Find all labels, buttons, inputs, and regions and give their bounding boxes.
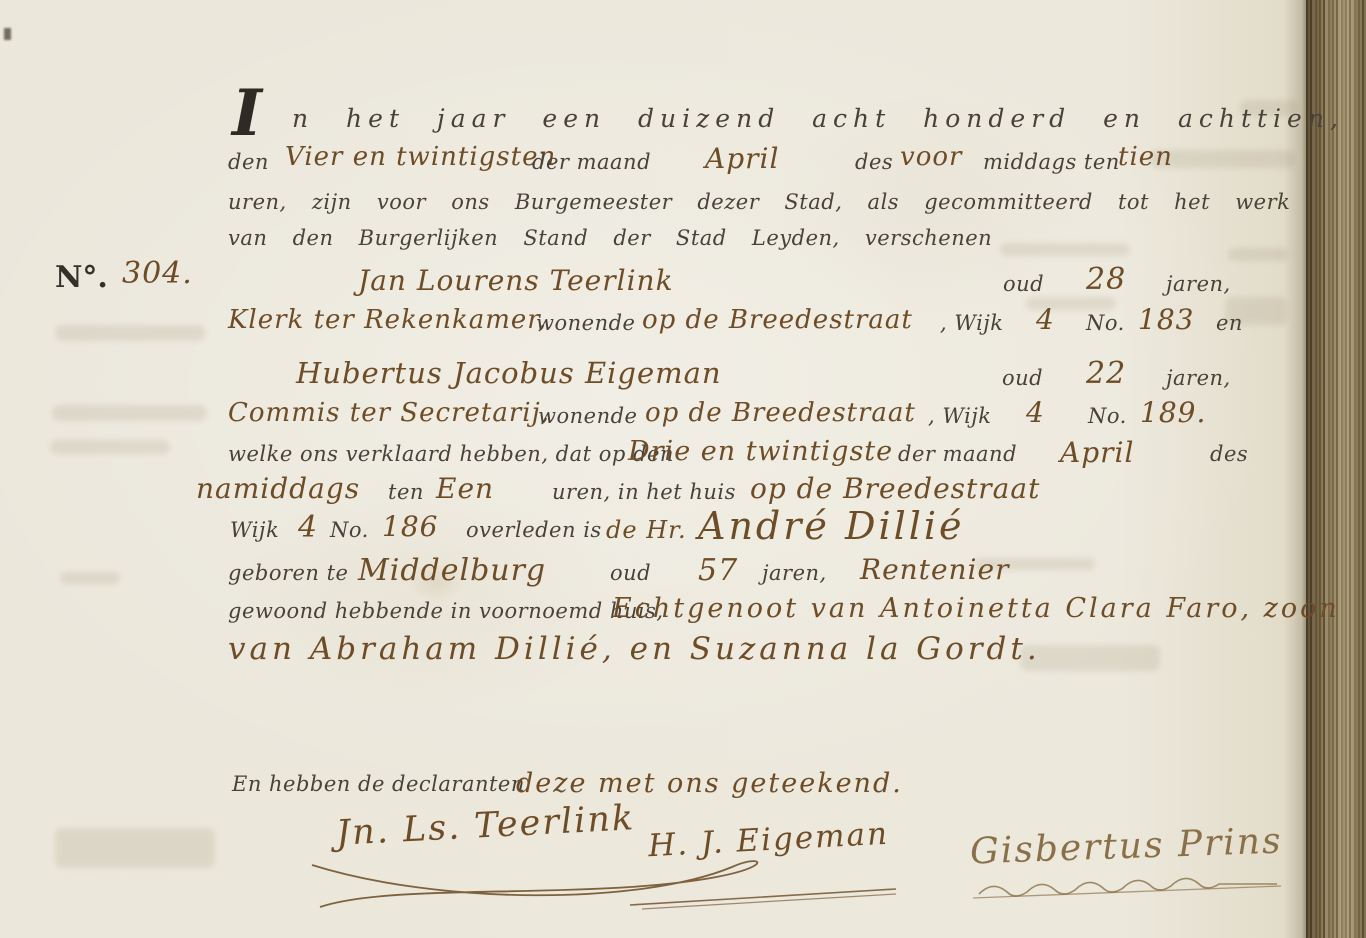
flourish-line [973,886,1281,898]
flourish-scallop [979,878,1277,896]
printed-burgemeester-text: uren, zijn voor ons Burgemeester dezer S… [228,190,1290,214]
form-line-year: I n het jaar een duizend acht honderd en… [0,76,1366,146]
handwritten-death-hour: Een [436,472,494,505]
printed-year-text: n het jaar een duizend acht honderd en a… [292,104,1344,133]
deceased-name-line: Wijk 4 No. 186 overleden is de Hr. André… [0,510,1366,556]
printed-no-3: No. [330,518,369,542]
printed-verklaard-text: welke ons verklaard hebben, dat op den [228,442,674,466]
printed-wonende-1: wonende [536,311,635,335]
declarant2-age: 22 [1086,356,1126,391]
handwritten-month: April [705,142,779,175]
printed-geboren-te: geboren te [228,561,349,585]
drop-cap-I: I [232,76,262,151]
flourish-underline [630,889,896,905]
declarant1-street: op de Breedestraat [642,305,913,335]
declarant2-occupation: Commis ter Secretarij, [228,398,550,428]
parents-names: van Abraham Dillié, en Suzanna la Gordt. [228,631,1041,667]
printed-der-maand-2: der maand [898,442,1017,466]
declarant2-house-number: 189. [1140,396,1206,429]
printed-wijk-2: , Wijk [928,404,992,428]
deceased-age: 57 [698,553,738,588]
death-record-page: N°. 304. I n het jaar een duizend acht h… [0,0,1366,938]
printed-oud-3: oud [610,561,651,585]
form-line-date: den Vier en twintigsten der maand April … [0,142,1366,188]
handwritten-death-street: op de Breedestraat [750,472,1040,505]
bleed-through-mark [55,828,215,868]
signature-official: Gisbertus Prins [969,821,1283,873]
printed-closing: En hebben de declaranten [232,772,525,796]
declarant1-house-number: 183 [1138,303,1194,336]
parents-line: van Abraham Dillié, en Suzanna la Gordt. [0,631,1366,677]
printed-ten: ten [388,480,424,504]
printed-jaren-1: jaren, [1166,272,1231,296]
printed-der-maand: der maand [532,150,651,174]
printed-wonende-2: wonende [538,404,637,428]
signature-flourish-declarants [300,845,920,915]
handwritten-day: Vier en twintigsten [285,142,556,172]
printed-des: des [855,150,893,174]
death-wijk-number: 4 [298,510,318,545]
printed-uren-huis: uren, in het huis [552,480,736,504]
handwritten-death-day: Drie en twintigste [628,436,893,467]
signature-flourish-official [965,872,1305,912]
closing-line: En hebben de declaranten deze met ons ge… [0,768,1366,814]
declarant2-street: op de Breedestraat [645,398,916,428]
declarant1-occupation: Klerk ter Rekenkamer, [228,305,547,335]
deceased-name: André Dillié [698,504,965,548]
printed-den: den [228,150,269,174]
deceased-occupation: Rentenier [860,553,1009,586]
printed-burgerlijke-stand-text: van den Burgerlijken Stand der Stad Leyd… [228,226,992,250]
printed-wijk-1: , Wijk [940,311,1004,335]
declarant2-name: Hubertus Jacobus Eigeman [296,356,722,390]
printed-jaren-2: jaren, [1166,366,1231,390]
flourish-loop [312,861,757,907]
handwritten-death-month: April [1060,436,1134,469]
handwritten-hour: tien [1118,142,1173,172]
page-edge-mark [4,28,11,40]
declarant1-name-line: Jan Lourens Teerlink oud 28 jaren, [0,262,1366,308]
declarant1-age: 28 [1086,262,1126,297]
printed-oud-1: oud [1003,272,1044,296]
handwritten-de-hr: de Hr. [606,516,687,544]
printed-gewoond-text: gewoond hebbende in voornoemd huis, [228,599,664,623]
handwritten-closing: deze met ons geteekend. [516,768,903,799]
printed-overleden-is: overleden is [466,518,602,542]
death-house-number: 186 [382,510,438,543]
printed-middags-ten: middags ten [983,150,1120,174]
printed-des-2: des [1210,442,1248,466]
printed-no-1: No. [1086,311,1125,335]
handwritten-namiddags: namiddags [196,472,360,505]
handwritten-voor: voor [900,142,962,172]
declarant1-name: Jan Lourens Teerlink [358,264,674,297]
printed-wijk-3: Wijk [230,518,279,542]
printed-no-2: No. [1088,404,1127,428]
declarant1-address-line: Klerk ter Rekenkamer, wonende op de Bree… [0,303,1366,349]
declarant1-wijk-number: 4 [1036,303,1055,336]
deceased-birthplace: Middelburg [358,553,546,588]
declarant2-wijk-number: 4 [1026,396,1045,429]
printed-oud-2: oud [1002,366,1043,390]
printed-jaren-3: jaren, [762,561,827,585]
printed-en: en [1216,311,1243,335]
spouse-name: Echtgenoot van Antoinetta Clara Faro, zo… [612,593,1340,624]
